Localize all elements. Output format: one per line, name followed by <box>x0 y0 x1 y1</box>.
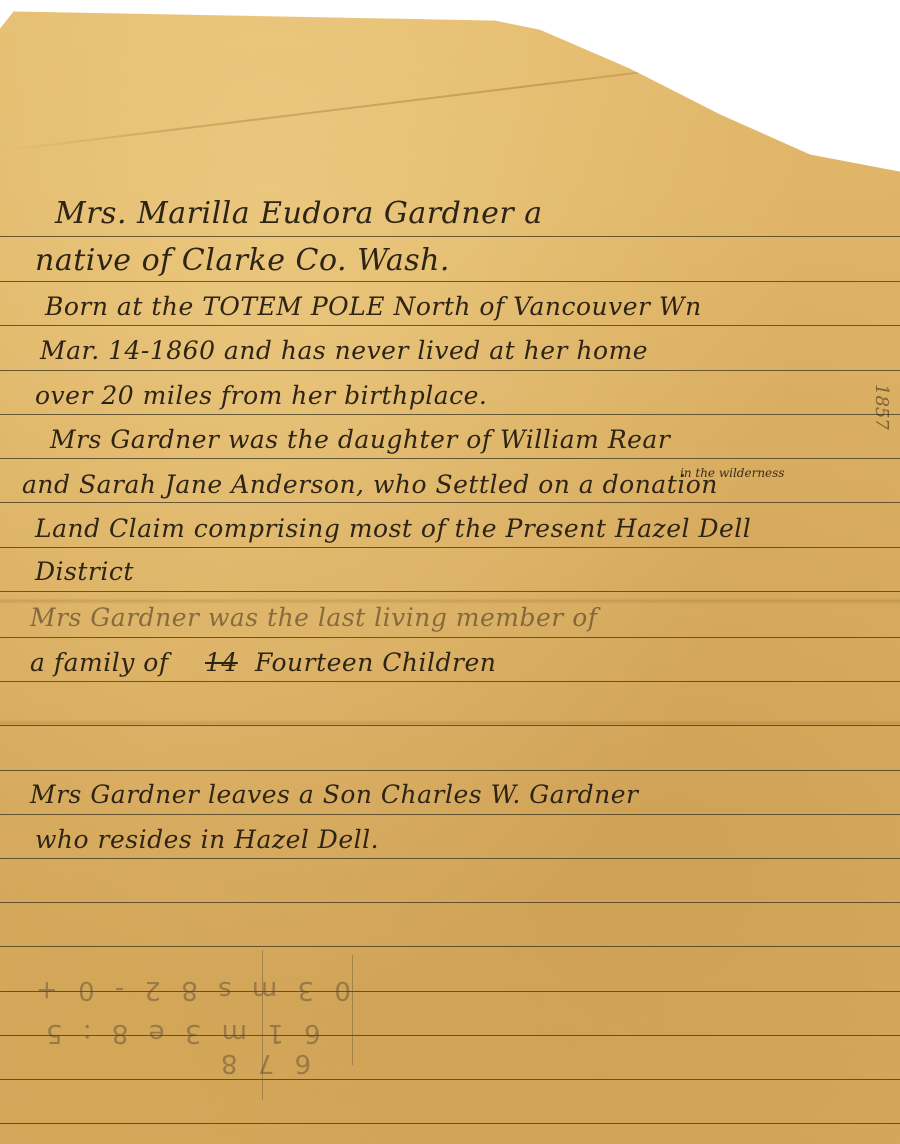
text-line-daughter: Mrs Gardner was the daughter of William … <box>50 425 670 454</box>
rule-line <box>0 902 900 903</box>
rule-line <box>0 946 900 947</box>
text-line-last-living: Mrs Gardner was the last living member o… <box>30 603 598 632</box>
pencil-figures-row3: 6 7 8 <box>215 1048 311 1078</box>
text-line-miles: over 20 miles from her birthplace. <box>35 381 487 410</box>
rule-line <box>0 681 900 682</box>
rule-line <box>0 725 900 726</box>
pencil-figures-row1: 0 3 m s 8 2 - 0 + <box>30 975 351 1005</box>
rule-line <box>0 591 900 592</box>
paper-sheet: Mrs. Marilla Eudora Gardner a native of … <box>0 0 900 1144</box>
text-line-family: 14 <box>205 648 238 677</box>
rule-line <box>0 814 900 815</box>
rule-line <box>0 1123 900 1124</box>
family-text: Fourteen Children <box>255 648 496 677</box>
rule-line <box>0 236 900 237</box>
text-line-native: native of Clarke Co. Wash. <box>35 243 450 278</box>
text-line-district: District <box>35 557 134 586</box>
pencil-divider <box>262 950 263 1100</box>
text-line-anderson: and Sarah Jane Anderson, who Settled on … <box>22 470 718 499</box>
text-line-name: Mrs. Marilla Eudora Gardner a <box>55 196 543 231</box>
rule-line <box>0 370 900 371</box>
rule-line <box>0 281 900 282</box>
text-line-family-prefix: a family of <box>30 648 169 677</box>
rule-line <box>0 637 900 638</box>
pencil-figures-row2: 6 1 m 3 e 8 : 5 <box>40 1018 321 1048</box>
text-line-born: Born at the TOTEM POLE North of Vancouve… <box>45 292 702 321</box>
margin-note-year: 1857 <box>871 384 892 430</box>
rule-line <box>0 770 900 771</box>
rule-line <box>0 547 900 548</box>
rule-line <box>0 458 900 459</box>
text-line-family-text: Fourteen Children <box>255 648 496 677</box>
rule-line <box>0 858 900 859</box>
struck-number: 14 <box>205 648 238 677</box>
text-line-son: Mrs Gardner leaves a Son Charles W. Gard… <box>30 780 638 809</box>
rule-line <box>0 502 900 503</box>
rule-line <box>0 1079 900 1080</box>
text-line-resides: who resides in Hazel Dell. <box>35 825 379 854</box>
text-line-land-claim: Land Claim comprising most of the Presen… <box>35 514 751 543</box>
paper-fold <box>0 40 893 152</box>
rule-line <box>0 414 900 415</box>
rule-line <box>0 325 900 326</box>
pencil-divider <box>352 955 353 1065</box>
text-line-date: Mar. 14-1860 and has never lived at her … <box>40 336 648 365</box>
